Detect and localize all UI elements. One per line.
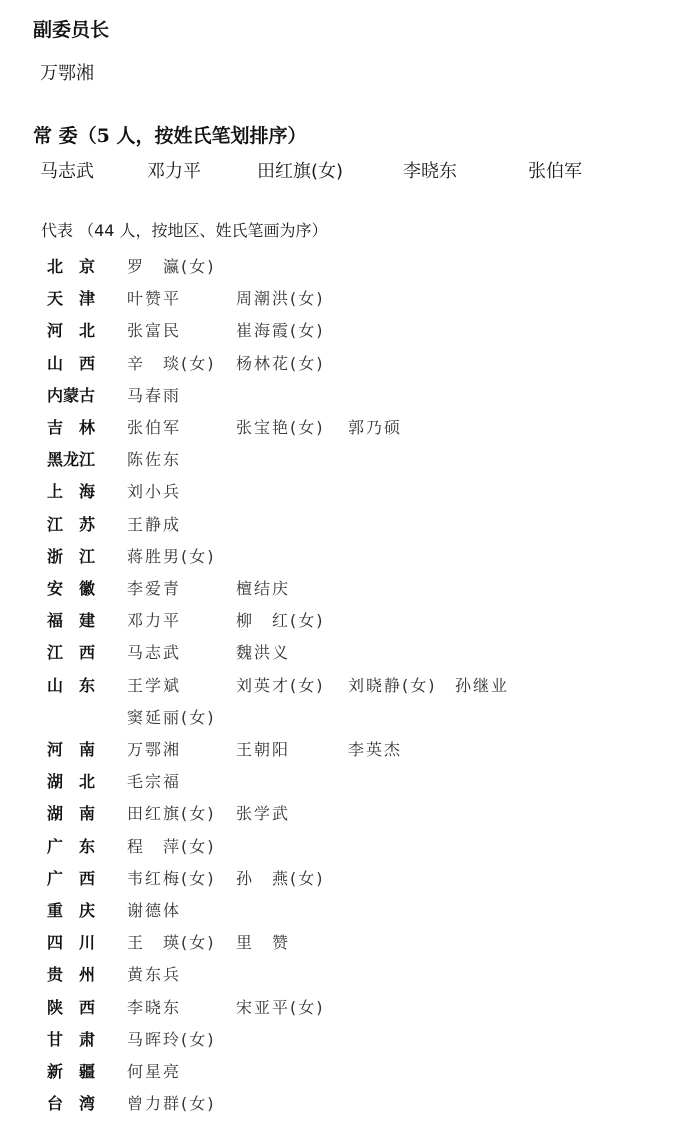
- delegate-row: 湖 北毛宗福: [0, 769, 682, 791]
- delegate-name: 檀结庆: [236, 576, 290, 599]
- delegate-row: 四 川王 瑛(女)里 赞: [0, 930, 682, 952]
- delegate-name: 黄东兵: [127, 962, 181, 985]
- delegate-name: 张伯军: [127, 415, 181, 438]
- delegate-name: 何星亮: [127, 1059, 181, 1082]
- standing-member: 邓力平: [147, 157, 201, 183]
- delegate-name: 李晓东: [127, 995, 181, 1018]
- region-label: 山 西: [47, 351, 107, 374]
- region-label: 北 京: [47, 254, 107, 277]
- delegate-name: 杨林花(女): [236, 351, 325, 374]
- vice-chair-name: 万鄂湘: [40, 59, 94, 85]
- delegate-name: 崔海霞(女): [236, 318, 325, 341]
- delegate-name: 窦延丽(女): [127, 705, 216, 728]
- delegate-name: 邓力平: [127, 608, 181, 631]
- delegate-row: 天 津叶赞平周潮洪(女): [0, 286, 682, 308]
- standing-member: 李晓东: [403, 157, 457, 183]
- delegate-name: 刘英才(女): [236, 673, 325, 696]
- delegate-name: 李英杰: [348, 737, 402, 760]
- delegate-name: 叶赞平: [127, 286, 181, 309]
- delegate-name: 毛宗福: [127, 769, 181, 792]
- delegate-row: 广 东程 萍(女): [0, 834, 682, 856]
- delegate-name: 陈佐东: [127, 447, 181, 470]
- delegate-row: 江 西马志武魏洪义: [0, 640, 682, 662]
- delegate-name: 田红旗(女): [127, 801, 216, 824]
- region-label: 湖 南: [47, 801, 107, 824]
- delegate-row: 甘 肃马晖玲(女): [0, 1027, 682, 1049]
- delegate-name: 周潮洪(女): [236, 286, 325, 309]
- region-label: 河 北: [47, 318, 107, 341]
- region-label: 江 苏: [47, 512, 107, 535]
- delegate-name: 王 瑛(女): [127, 930, 216, 953]
- delegate-row: 山 西辛 琰(女)杨林花(女): [0, 351, 682, 373]
- region-label: 上 海: [47, 479, 107, 502]
- delegate-name: 王静成: [127, 512, 181, 535]
- region-label: 甘 肃: [47, 1027, 107, 1050]
- delegate-name: 张学武: [236, 801, 290, 824]
- delegate-name: 孙 燕(女): [236, 866, 325, 889]
- region-label: 山 东: [47, 673, 107, 696]
- delegate-row: 山 东王学斌刘英才(女)刘晓静(女)孙继业: [0, 673, 682, 695]
- delegate-row: 吉 林张伯军张宝艳(女)郭乃硕: [0, 415, 682, 437]
- region-label: 吉 林: [47, 415, 107, 438]
- delegate-name: 郭乃硕: [348, 415, 402, 438]
- delegate-row: 浙 江蒋胜男(女): [0, 544, 682, 566]
- delegate-row: 内蒙古马春雨: [0, 383, 682, 405]
- standing-member: 田红旗(女): [257, 157, 343, 183]
- region-label: 安 徽: [47, 576, 107, 599]
- delegate-row: 安 徽李爱青檀结庆: [0, 576, 682, 598]
- delegate-name: 里 赞: [236, 930, 290, 953]
- delegate-name: 谢德体: [127, 898, 181, 921]
- region-label: 陕 西: [47, 995, 107, 1018]
- delegate-row: 陕 西李晓东宋亚平(女): [0, 995, 682, 1017]
- standing-committee-heading: 常 委（5 人，按姓氏笔划排序）: [33, 121, 306, 148]
- delegate-row: 湖 南田红旗(女)张学武: [0, 801, 682, 823]
- delegate-row: 台 湾曾力群(女): [0, 1091, 682, 1113]
- delegate-name: 罗 瀛(女): [127, 254, 216, 277]
- delegate-name: 刘晓静(女): [348, 673, 437, 696]
- delegate-row: 黑龙江陈佐东: [0, 447, 682, 469]
- delegate-name: 曾力群(女): [127, 1091, 216, 1114]
- delegate-row: 北 京罗 瀛(女): [0, 254, 682, 276]
- delegate-name: 辛 琰(女): [127, 351, 216, 374]
- delegate-name: 魏洪义: [236, 640, 290, 663]
- delegate-name: 刘小兵: [127, 479, 181, 502]
- delegate-row: 上 海刘小兵: [0, 479, 682, 501]
- region-label: 黑龙江: [47, 447, 107, 470]
- delegate-name: 程 萍(女): [127, 834, 216, 857]
- region-label: 湖 北: [47, 769, 107, 792]
- delegate-row: 贵 州黄东兵: [0, 962, 682, 984]
- delegate-row: 广 西韦红梅(女)孙 燕(女): [0, 866, 682, 888]
- region-label: 台 湾: [47, 1091, 107, 1114]
- vice-chair-heading: 副委员长: [33, 15, 109, 42]
- region-label: 天 津: [47, 286, 107, 309]
- region-label: 广 东: [47, 834, 107, 857]
- delegate-name: 柳 红(女): [236, 608, 325, 631]
- delegate-name: 马晖玲(女): [127, 1027, 216, 1050]
- region-label: 四 川: [47, 930, 107, 953]
- delegate-row: 福 建邓力平柳 红(女): [0, 608, 682, 630]
- delegate-name: 韦红梅(女): [127, 866, 216, 889]
- delegates-heading: 代表 （44 人，按地区、姓氏笔画为序）: [41, 218, 328, 241]
- delegate-name: 王学斌: [127, 673, 181, 696]
- region-label: 浙 江: [47, 544, 107, 567]
- delegate-name: 张富民: [127, 318, 181, 341]
- region-label: 贵 州: [47, 962, 107, 985]
- delegate-row: 江 苏王静成: [0, 512, 682, 534]
- standing-member: 张伯军: [528, 157, 582, 183]
- region-label: 内蒙古: [47, 383, 107, 406]
- delegate-name: 蒋胜男(女): [127, 544, 216, 567]
- delegate-name: 张宝艳(女): [236, 415, 325, 438]
- region-label: 福 建: [47, 608, 107, 631]
- delegate-row: 河 南万鄂湘王朝阳李英杰: [0, 737, 682, 759]
- delegate-name: 王朝阳: [236, 737, 290, 760]
- region-label: 重 庆: [47, 898, 107, 921]
- standing-member: 马志武: [40, 157, 94, 183]
- delegate-name: 马志武: [127, 640, 181, 663]
- delegate-row: 窦延丽(女): [0, 705, 682, 727]
- delegate-row: 新 疆何星亮: [0, 1059, 682, 1081]
- delegate-name: 李爱青: [127, 576, 181, 599]
- delegate-row: 河 北张富民崔海霞(女): [0, 318, 682, 340]
- delegate-name: 万鄂湘: [127, 737, 181, 760]
- delegate-name: 马春雨: [127, 383, 181, 406]
- region-label: 新 疆: [47, 1059, 107, 1082]
- delegate-name: 宋亚平(女): [236, 995, 325, 1018]
- region-label: 江 西: [47, 640, 107, 663]
- region-label: 广 西: [47, 866, 107, 889]
- delegate-row: 重 庆谢德体: [0, 898, 682, 920]
- region-label: 河 南: [47, 737, 107, 760]
- delegate-name: 孙继业: [455, 673, 509, 696]
